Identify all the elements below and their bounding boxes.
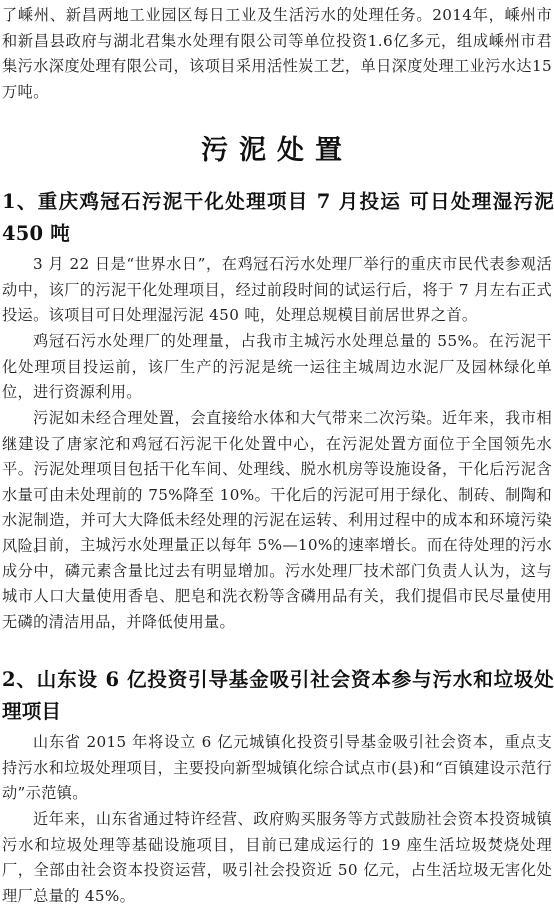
article-1-paragraph-2: 鸡冠石污水处理厂的处理量，占我市主城污水处理总量的 55%。在污泥干化处理项目投… [2, 329, 552, 406]
article-2-paragraph-2: 近年来，山东省通过特许经营、政府购买服务等方式鼓励社会资本投资城镇污水和垃圾处理… [2, 807, 552, 909]
article-1-heading: 1、重庆鸡冠石污泥干化处理项目 7 月投运 可日处理湿污泥 450 吨 [2, 186, 554, 250]
article-2-paragraph-1: 山东省 2015 年将设立 6 亿元城镇化投资引导基金吸引社会资本，重点支持污水… [2, 730, 552, 807]
intro-paragraph: 了嵊州、新昌两地工业园区每日工业及生活污水的处理任务。2014年，嵊州市和新昌县… [2, 3, 552, 105]
article-2-heading: 2、山东设 6 亿投资引导基金吸引社会资本参与污水和垃圾处理项目 [2, 664, 554, 728]
section-title: 污泥处置 [0, 128, 554, 167]
article-1-paragraph-1: 3 月 22 日是“世界水日”，在鸡冠石污水处理厂举行的重庆市民代表参观活动中，… [2, 252, 552, 329]
document-page: 了嵊州、新昌两地工业园区每日工业及生活污水的处理任务。2014年，嵊州市和新昌县… [0, 0, 554, 915]
article-1-paragraph-4: 目前，主城污水处理量正以每年 5%—10%的速率增长。而在待处理的污水成分中，磷… [2, 533, 552, 635]
